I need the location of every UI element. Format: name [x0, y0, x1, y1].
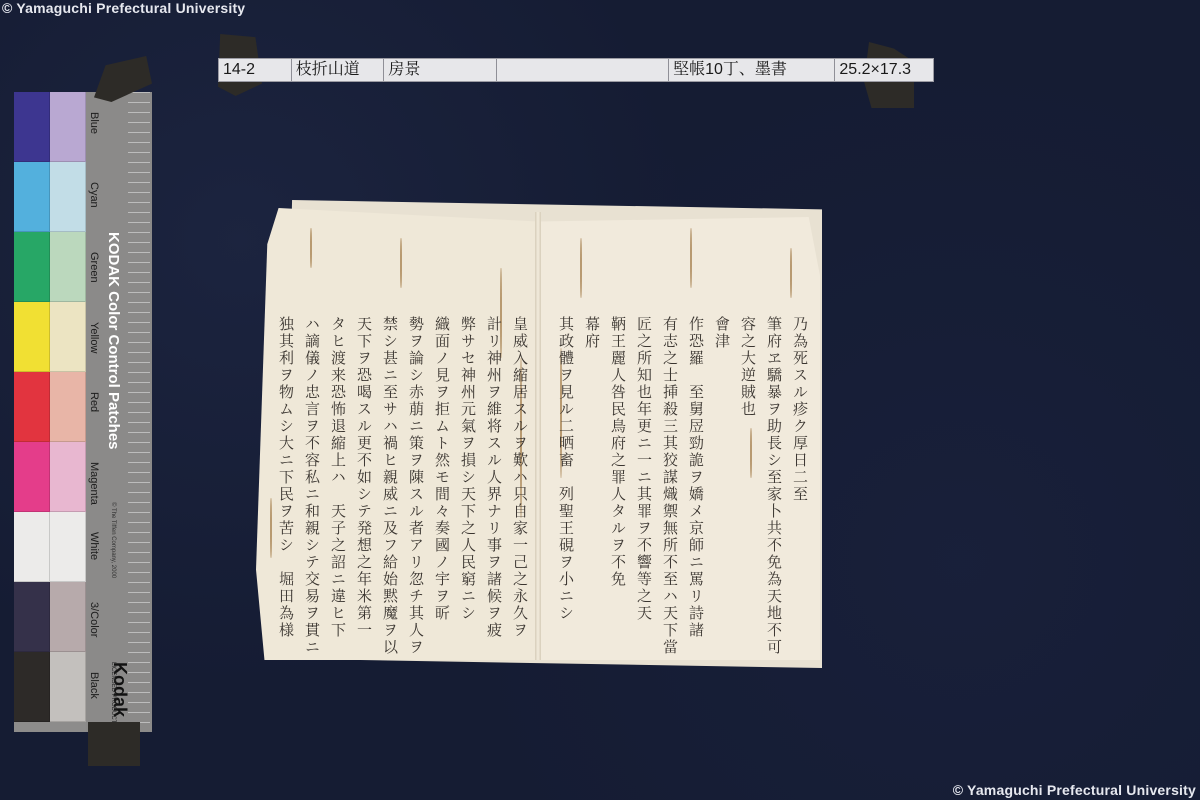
patch-label: Red [88, 392, 100, 412]
color-patches [14, 92, 86, 732]
label-id: 14-2 [219, 59, 292, 81]
patch-row-3color [14, 582, 86, 652]
text-column: 其政體ヲ見ル二晒畜 列聖王硯ヲ小ニシ [556, 316, 576, 656]
left-page-text: 皇威入縮居スルヲ歎ハ只自家一己之永久ヲ計リ神州ヲ維将スル人界ナリ事ヲ諸候ヲ疲弊サ… [280, 316, 530, 656]
text-column: 天下ヲ恐喝スル更不如シテ発想之年米第一 [354, 316, 374, 656]
label-author: 房景 [384, 59, 497, 81]
text-column: ハ謫儀ノ忠言ヲ不容私ニ和親シテ交易ヲ貫ニ [302, 316, 322, 656]
patch-label: Green [88, 252, 100, 283]
color-patch [50, 652, 86, 722]
text-column: 皇威入縮居スルヲ歎ハ只自家一己之永久ヲ [510, 316, 530, 656]
patch-label: White [88, 532, 100, 560]
patch-label: 3/Color [88, 602, 100, 637]
patch-row-red [14, 372, 86, 442]
color-patch [14, 232, 50, 302]
patch-label: Black [88, 672, 100, 699]
text-column: 筆府ヱ驕暴ヲ助長シ至家卜共不免為天地不可 [764, 316, 784, 656]
licensed-product: LICENSED PRODUCT [110, 662, 116, 723]
ruler: KODAK Color Control Patches © The Tiffen… [86, 92, 152, 732]
patch-label: Yellow [88, 322, 100, 353]
kodak-color-chart: KODAK Color Control Patches © The Tiffen… [14, 92, 152, 732]
copyright-watermark-top: © Yamaguchi Prefectural University [2, 0, 245, 16]
color-patch [14, 652, 50, 722]
patch-row-yellow [14, 302, 86, 372]
tape-piece [88, 722, 140, 766]
patch-row-magenta [14, 442, 86, 512]
chart-title: KODAK Color Control Patches [105, 232, 122, 450]
patch-row-blue [14, 92, 86, 162]
copyright-watermark-bottom: © Yamaguchi Prefectural University [953, 782, 1196, 798]
patch-row-green [14, 232, 86, 302]
color-patch [14, 302, 50, 372]
chart-copyright: © The Tiffen Company, 2000 [110, 502, 116, 578]
label-format: 堅帳10丁、墨書 [669, 59, 835, 81]
text-column: 乃為死スル疹ク厚日二至 [790, 316, 810, 656]
text-column: 匠之所知也年更ニ一ニ其罪ヲ不響等之天 [634, 316, 654, 656]
color-patch [14, 512, 50, 582]
text-column: 幕府 [582, 316, 602, 656]
text-column: 弊サセ神州元氣ヲ損シ天下之人民窮ニシ [458, 316, 478, 656]
text-column: 織面ノ見ヲ拒ムト然モ間々奏國ノ宇ヲ㪽 [432, 316, 452, 656]
color-patch [50, 302, 86, 372]
color-patch [50, 372, 86, 442]
color-patch [14, 162, 50, 232]
label-empty [497, 59, 669, 81]
right-page-text: 乃為死スル疹ク厚日二至筆府ヱ驕暴ヲ助長シ至家卜共不免為天地不可容之大逆賊也會津作… [540, 316, 810, 656]
text-column: 有志之士挿殺三其狡謀熾禦無所不至ハ天下當 [660, 316, 680, 656]
patch-label: Magenta [88, 462, 100, 505]
text-column: 鞆王麗人咎民鳥府之罪人タルヲ不免 [608, 316, 628, 656]
label-dimensions: 25.2×17.3 [835, 59, 933, 81]
color-patch [14, 372, 50, 442]
color-patch [50, 92, 86, 162]
color-patch [50, 512, 86, 582]
text-column: 禁シ甚ニ至サハ禍ヒ親威ニ及フ給始黙魔ヲ以 [380, 316, 400, 656]
patch-row-black [14, 652, 86, 722]
color-patch [50, 582, 86, 652]
text-column: 會津 [712, 316, 732, 656]
text-column: 勢ヲ論シ赤萠ニ策ヲ陳スル者アリ忽チ其人ヲ [406, 316, 426, 656]
text-column: 作恐羅 至舅㞐勁詭ヲ嬌メ京師ニ罵リ詩諸 [686, 316, 706, 656]
text-column: タヒ渡来恐怖退縮上ハ 天子之詔ニ違ヒ下 [328, 316, 348, 656]
patch-label: Cyan [88, 182, 100, 208]
color-patch [50, 442, 86, 512]
text-column: 計リ神州ヲ維将スル人界ナリ事ヲ諸候ヲ疲 [484, 316, 504, 656]
label-title: 枝折山道 [292, 59, 385, 81]
catalog-label: 14-2 枝折山道 房景 堅帳10丁、墨書 25.2×17.3 [218, 58, 934, 82]
color-patch [50, 162, 86, 232]
color-patch [14, 442, 50, 512]
patch-row-cyan [14, 162, 86, 232]
text-column: 容之大逆賊也 [738, 316, 758, 656]
patch-row-white [14, 512, 86, 582]
color-patch [50, 232, 86, 302]
manuscript: 乃為死スル疹ク厚日二至筆府ヱ驕暴ヲ助長シ至家卜共不免為天地不可容之大逆賊也會津作… [250, 198, 825, 668]
color-patch [14, 92, 50, 162]
text-column: 独其利ヲ物ムシ大ニ下民ヲ苦シ 堀田為様 [276, 316, 296, 656]
patch-label: Blue [88, 112, 100, 134]
ruler-ticks [128, 92, 150, 732]
color-patch [14, 582, 50, 652]
